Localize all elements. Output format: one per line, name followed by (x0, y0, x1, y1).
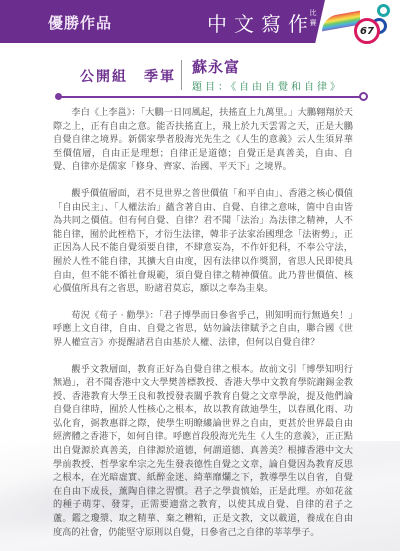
essay-body: 李白《上李邕》：「大鵬一日同風起，扶搖直上九萬里。」大鵬翱翔於天際之上，正有自由… (53, 106, 353, 551)
title-rule (58, 96, 362, 98)
paragraph: 觀乎文教層面，教育正好為自覺自律之根本。故前文引「博學知明行無過」，君不聞香港中… (53, 363, 353, 540)
section-label: 優勝作品 (48, 12, 112, 33)
title-divider (181, 60, 182, 90)
teal-ring-icon (377, 4, 390, 17)
rule-dot-right (359, 92, 368, 101)
paragraph: 李白《上李邕》：「大鵬一日同風起，扶搖直上九萬里。」大鵬翱翔於天際之上，正有自由… (53, 106, 353, 174)
title-block: 公開組 季軍 蘇永富 題目：《自由自覺和自律》 (0, 54, 400, 94)
competition-logo-subtext: 比賽 (308, 8, 318, 28)
essay-topic: 題目：《自由自覺和自律》 (192, 78, 343, 93)
paragraph: 荀況《荀子 ‧ 勸學》：「君子博學而日參省乎己，則知明而行無過矣！」呼應上文自律… (53, 309, 353, 350)
competition-logo-text: 中文寫作 (207, 8, 315, 37)
group-award-label: 公開組 季軍 (80, 66, 176, 86)
page-number-badge: 67 (354, 18, 380, 44)
page-number: 67 (360, 26, 374, 37)
author-name: 蘇永富 (192, 56, 240, 77)
paragraph: 觀乎價值層面，君不見世界之普世價值「和平自由」、香港之核心價值「自由民主」、「人… (53, 187, 353, 296)
